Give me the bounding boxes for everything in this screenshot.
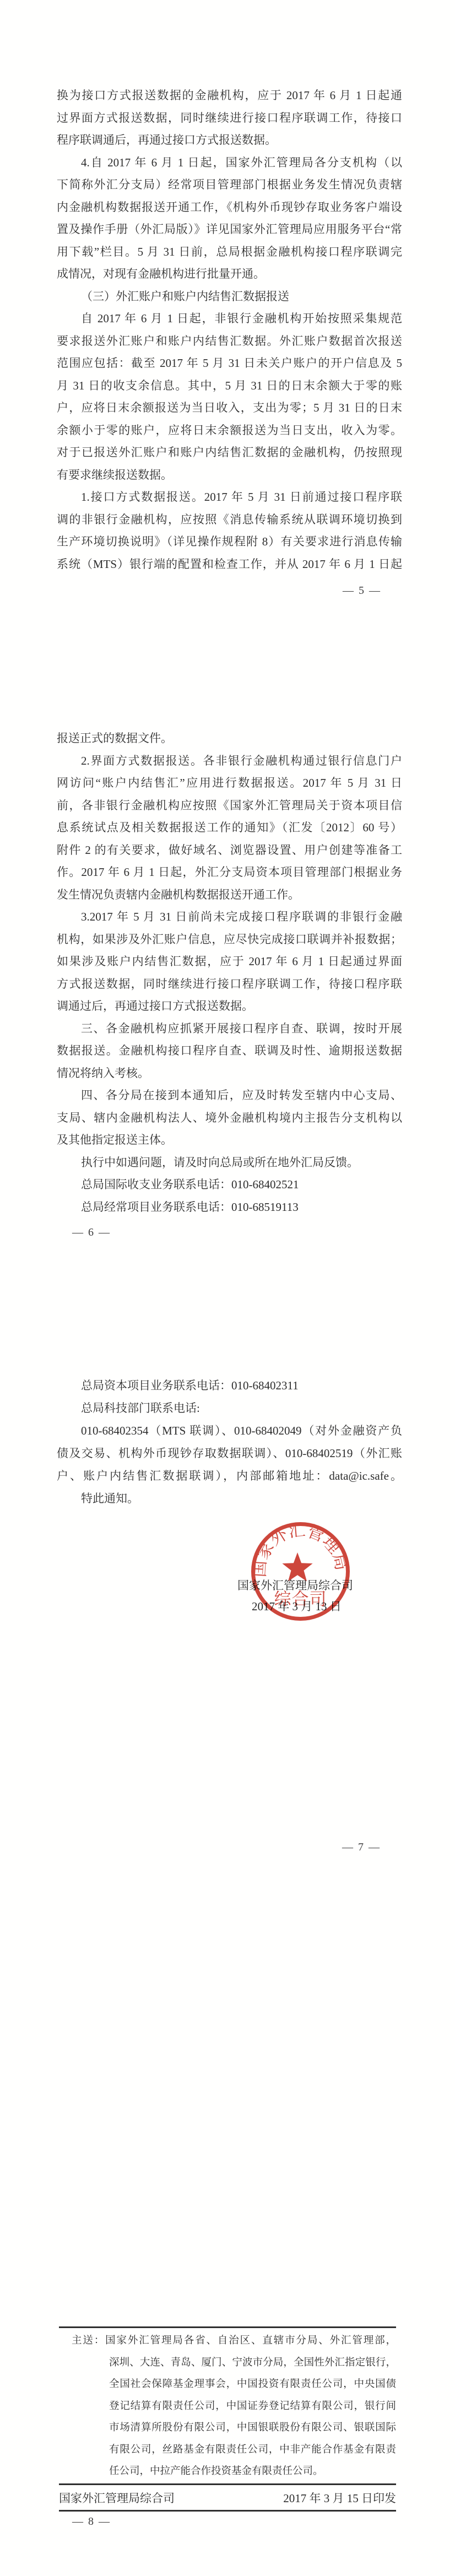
text-line: 系统（MTS）银行端的配置和检查工作，并从 2017 年 6 月 1 日起 xyxy=(57,553,402,576)
text-line: 作。2017 年 6 月 1 日起，外汇分支局资本项目管理部门根据业务 xyxy=(57,861,402,884)
issue-date: 2017 年 3 月 15 日印发 xyxy=(283,2490,396,2506)
text-line: （三）外汇账户和账户内结售汇数据报送 xyxy=(57,285,402,308)
text-line: 息系统试点及相关数据报送工作的通知》（汇发〔2012〕60 号） xyxy=(57,816,402,839)
page-number-5: — 5 — xyxy=(335,585,388,597)
text-line: 自 2017 年 6 月 1 日起，非银行金融机构开始按照采集规范 xyxy=(57,307,402,330)
text-line: 全国社会保障基金理事会，中国投资有限责任公司，中央国债 xyxy=(72,2374,396,2396)
text-line: 发生情况负责辖内金融机构数据报送开通工作。 xyxy=(57,884,402,906)
text-line: 成情况，对现有金融机构进行批量开通。 xyxy=(57,263,402,285)
text-line: 情况将纳入考核。 xyxy=(57,1062,402,1085)
text-line: 置及操作手册（外汇局版）》详见国家外汇管理局应用服务平台“常 xyxy=(57,218,402,241)
page-5-body-text: 换为接口方式报送数据的金融机构，应于 2017 年 6 月 1 日起通过界面方式… xyxy=(57,84,402,575)
seal-star-icon xyxy=(282,1552,312,1582)
text-line: 数据报送。金融机构接口程序自查、联调及时性、逾期报送数据 xyxy=(57,1040,402,1062)
text-line: 3.2017 年 5 月 31 日前尚未完成接口程序联调的非银行金融 xyxy=(57,906,402,928)
text-line: 010-68402354（MTS 联调）、010-68402049（对外金融资产… xyxy=(57,1420,402,1442)
text-line: 网访问“账户内结售汇”应用进行数据报送。2017 年 5 月 31 日 xyxy=(57,772,402,794)
footer-bottom-rule xyxy=(59,2510,396,2512)
text-line: 如果涉及账户内结售汇数据，应于 2017 年 6 月 1 日起通过界面 xyxy=(57,950,402,973)
text-line: 月 31 日的收支余信息。其中，5 月 31 日的日末余额大于零的账 xyxy=(57,375,402,397)
text-line: 用下载”栏目。5 月 31 日前，总局根据金融机构接口程序联调完 xyxy=(57,241,402,263)
text-line: 总局经常项目业务联系电话：010-68519113 xyxy=(57,1196,402,1219)
text-line: 特此通知。 xyxy=(57,1487,402,1510)
recipients-block: 主送：国家外汇管理局各省、自治区、直辖市分局、外汇管理部，深圳、大连、青岛、厦门… xyxy=(72,2330,396,2483)
text-line: 登记结算有限责任公司，中国证券登记结算有限公司，银行间 xyxy=(72,2396,396,2418)
official-red-seal: 国家外汇管理局 综合司 xyxy=(248,1519,353,1624)
page-number-7: — 7 — xyxy=(335,1841,388,1854)
text-line: 及其他指定报送主体。 xyxy=(57,1129,402,1151)
text-line: 有要求继续报送数据。 xyxy=(57,464,402,486)
text-line: 下简称外汇分支局）经常项目管理部门根据业务发生情况负责辖 xyxy=(57,174,402,196)
text-line: 2.界面方式数据报送。各非银行金融机构通过银行信息门户 xyxy=(57,750,402,772)
colophon-row: 国家外汇管理局综合司 2017 年 3 月 15 日印发 xyxy=(59,2486,396,2510)
text-line: 换为接口方式报送数据的金融机构，应于 2017 年 6 月 1 日起通 xyxy=(57,84,402,107)
text-line: 户，应将日末余额报送为当日收入，支出为零；5 月 31 日的日末 xyxy=(57,397,402,419)
text-line: 报送正式的数据文件。 xyxy=(57,727,402,750)
text-line: 总局国际收支业务联系电话：010-68402521 xyxy=(57,1173,402,1196)
text-line: 调通过后，再通过接口方式报送数据。 xyxy=(57,995,402,1018)
text-line: 范围应包括：截至 2017 年 5 月 31 日未关户账户的开户信息及 5 xyxy=(57,352,402,375)
text-line: 要求报送外汇账户和账户内结售汇数据。外汇账户数据首次报送 xyxy=(57,330,402,353)
text-line: 支局、辖内金融机构法人、境外金融机构境内主报告分支机构以 xyxy=(57,1107,402,1129)
text-line: 过界面方式报送数据，同时继续进行接口程序联调工作，待接口 xyxy=(57,107,402,129)
text-line: 任公司，中拉产能合作投资基金有限责任公司。 xyxy=(72,2461,396,2483)
scanned-document: 换为接口方式报送数据的金融机构，应于 2017 年 6 月 1 日起通过界面方式… xyxy=(0,0,455,2576)
text-line: 内金融机构数据报送开通工作，《机构外币现钞存取业务客户端设 xyxy=(57,196,402,219)
text-line: 生产环境切换说明》（详见操作规程附 8）有关要求进行消息传输 xyxy=(57,531,402,553)
text-line: 三、各金融机构应抓紧开展接口程序自查、联调，按时开展 xyxy=(57,1018,402,1040)
text-line: 调的非银行金融机构，应按照《消息传输系统从联调环境切换到 xyxy=(57,508,402,531)
text-line: 债及交易、机构外币现钞存取数据联调）、010-68402519（外汇账 xyxy=(57,1442,402,1465)
page-number-8: — 8 — xyxy=(65,2515,118,2528)
footer-top-rule xyxy=(59,2326,396,2328)
text-line: 有限公司，丝路基金有限责任公司，中非产能合作基金有限责 xyxy=(72,2439,396,2461)
page-number-6: — 6 — xyxy=(65,1226,118,1239)
text-line: 附件 2 的有关要求，做好域名、浏览器设置、用户创建等准备工 xyxy=(57,839,402,862)
text-line: 方式报送数据，同时继续进行接口程序联调工作，待接口程序联 xyxy=(57,973,402,995)
text-line: 总局资本项目业务联系电话：010-68402311 xyxy=(57,1374,402,1397)
footer-middle-rule xyxy=(59,2483,396,2485)
text-line: 总局科技部门联系电话: xyxy=(57,1397,402,1420)
text-line: 1.接口方式数据报送。2017 年 5 月 31 日前通过接口程序联 xyxy=(57,486,402,508)
text-line: 4.自 2017 年 6 月 1 日起，国家外汇管理局各分支机构（以 xyxy=(57,151,402,174)
text-line: 主送：国家外汇管理局各省、自治区、直辖市分局、外汇管理部， xyxy=(72,2330,396,2352)
text-line: 机构，如果涉及外汇账户信息，应尽快完成接口联调并补报数据； xyxy=(57,928,402,951)
text-line: 对于已报送外汇账户和账户内结售汇数据的金融机构，仍按照现 xyxy=(57,441,402,464)
text-line: 执行中如遇问题，请及时向总局或所在地外汇局反馈。 xyxy=(57,1151,402,1174)
seal-bottom-text: 综合司 xyxy=(274,1590,327,1609)
text-line: 深圳、大连、青岛、厦门、宁波市分局，全国性外汇指定银行， xyxy=(72,2352,396,2374)
text-line: 四、各分局在接到本通知后，应及时转发至辖内中心支局、 xyxy=(57,1084,402,1107)
text-line: 市场清算所股份有限公司，中国银联股份有限公司、银联国际 xyxy=(72,2417,396,2439)
page-7-body-text: 总局资本项目业务联系电话：010-68402311总局科技部门联系电话:010-… xyxy=(57,1374,402,1510)
issuing-office: 国家外汇管理局综合司 xyxy=(59,2490,175,2506)
text-line: 前，各非银行金融机构应按照《国家外汇管理局关于资本项目信 xyxy=(57,794,402,817)
text-line: 余额小于零的账户，应将日末余额报送为当日支出，收入为零。 xyxy=(57,419,402,442)
text-line: 户、账户内结售汇数据联调），内部邮箱地址：data@ic.safe。 xyxy=(57,1465,402,1487)
text-line: 程序联调通后，再通过接口方式报送数据。 xyxy=(57,129,402,151)
page-6-body-text: 报送正式的数据文件。2.界面方式数据报送。各非银行金融机构通过银行信息门户网访问… xyxy=(57,727,402,1218)
